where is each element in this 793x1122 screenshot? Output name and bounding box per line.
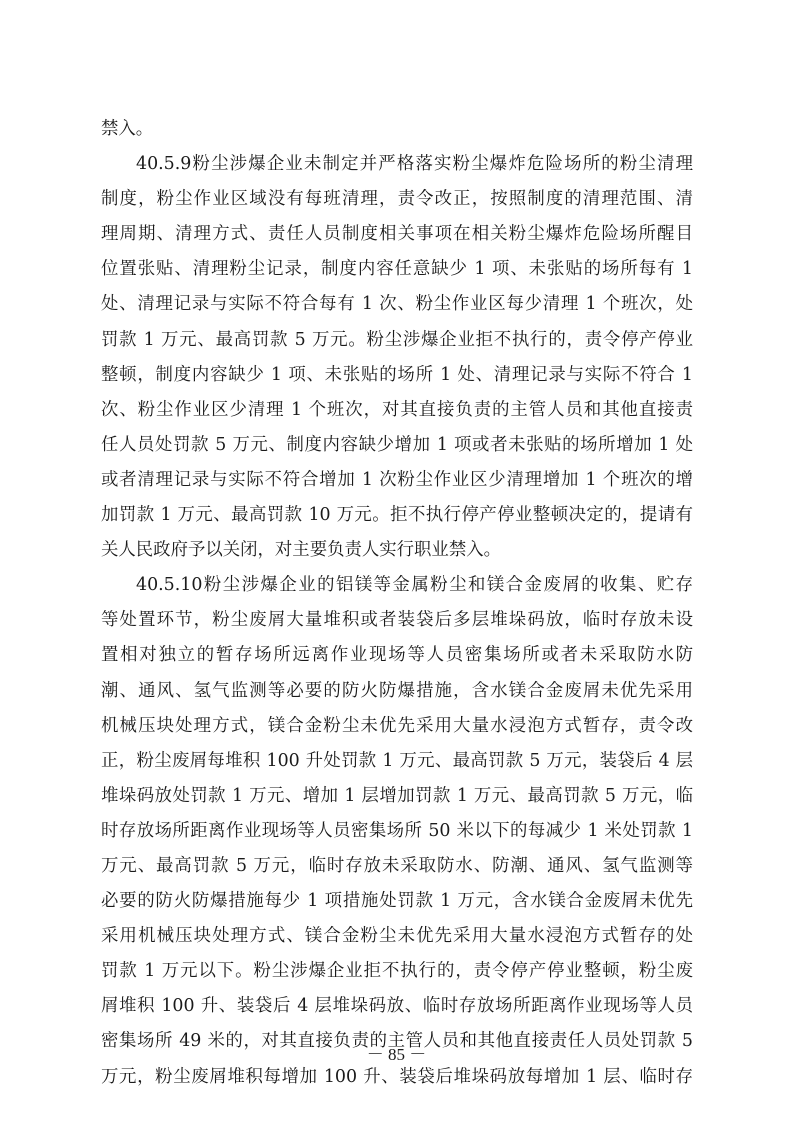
text-line: 理周期、清理方式、责任人员制度相关事项在相关粉尘爆炸危险场所醒目 bbox=[101, 217, 693, 252]
text-line: 加罚款 1 万元、最高罚款 10 万元。拒不执行停产停业整顿决定的，提请有 bbox=[101, 498, 693, 533]
text-line: 处、清理记录与实际不符合每有 1 次、粉尘作业区每少清理 1 个班次，处 bbox=[101, 287, 693, 322]
body-text: 禁入。40.5.9粉尘涉爆企业未制定并严格落实粉尘爆炸危险场所的粉尘清理制度，粉… bbox=[101, 112, 693, 1095]
text-line: 关人民政府予以关闭，对主要负责人实行职业禁入。 bbox=[101, 533, 693, 568]
text-line: 屑堆积 100 升、装袋后 4 层堆垛码放、临时存放场所距离作业现场等人员 bbox=[101, 989, 693, 1024]
text-line: 罚款 1 万元以下。粉尘涉爆企业拒不执行的，责令停产停业整顿，粉尘废 bbox=[101, 954, 693, 989]
text-line: 制度，粉尘作业区域没有每班清理，责令改正，按照制度的清理范围、清 bbox=[101, 182, 693, 217]
text-line: 次、粉尘作业区少清理 1 个班次，对其直接负责的主管人员和其他直接责 bbox=[101, 393, 693, 428]
text-line: 万元、最高罚款 5 万元，临时存放未采取防水、防潮、通风、氢气监测等 bbox=[101, 849, 693, 884]
text-line: 必要的防火防爆措施每少 1 项措施处罚款 1 万元，含水镁合金废屑未优先 bbox=[101, 884, 693, 919]
text-line: 潮、通风、氢气监测等必要的防火防爆措施，含水镁合金废屑未优先采用 bbox=[101, 674, 693, 709]
text-line: 时存放场所距离作业现场等人员密集场所 50 米以下的每减少 1 米处罚款 1 bbox=[101, 814, 693, 849]
text-line: 堆垛码放处罚款 1 万元、增加 1 层增加罚款 1 万元、最高罚款 5 万元，临 bbox=[101, 779, 693, 814]
text-line: 或者清理记录与实际不符合增加 1 次粉尘作业区少清理增加 1 个班次的增 bbox=[101, 463, 693, 498]
paragraph-first-line: 40.5.9粉尘涉爆企业未制定并严格落实粉尘爆炸危险场所的粉尘清理 bbox=[101, 147, 693, 182]
text-line: 置相对独立的暂存场所远离作业现场等人员密集场所或者未采取防水防 bbox=[101, 638, 693, 673]
text-line: 采用机械压块处理方式、镁合金粉尘未优先采用大量水浸泡方式暂存的处 bbox=[101, 919, 693, 954]
paragraph-first-line: 40.5.10粉尘涉爆企业的铝镁等金属粉尘和镁合金废屑的收集、贮存 bbox=[101, 568, 693, 603]
text-line: 机械压块处理方式，镁合金粉尘未优先采用大量水浸泡方式暂存，责令改 bbox=[101, 709, 693, 744]
text-line: 罚款 1 万元、最高罚款 5 万元。粉尘涉爆企业拒不执行的，责令停产停业 bbox=[101, 323, 693, 358]
text-line: 整顿，制度内容缺少 1 项、未张贴的场所 1 处、清理记录与实际不符合 1 bbox=[101, 358, 693, 393]
text-line: 任人员处罚款 5 万元、制度内容缺少增加 1 项或者未张贴的场所增加 1 处 bbox=[101, 428, 693, 463]
text-line: 等处置环节，粉尘废屑大量堆积或者装袋后多层堆垛码放，临时存放未设 bbox=[101, 603, 693, 638]
text-line: 正，粉尘废屑每堆积 100 升处罚款 1 万元、最高罚款 5 万元，装袋后 4 … bbox=[101, 744, 693, 779]
text-line: 禁入。 bbox=[101, 112, 693, 147]
page-number: － 85 － bbox=[0, 1040, 793, 1065]
document-page: 禁入。40.5.9粉尘涉爆企业未制定并严格落实粉尘爆炸危险场所的粉尘清理制度，粉… bbox=[0, 0, 793, 1122]
text-line: 位置张贴、清理粉尘记录，制度内容任意缺少 1 项、未张贴的场所每有 1 bbox=[101, 252, 693, 287]
